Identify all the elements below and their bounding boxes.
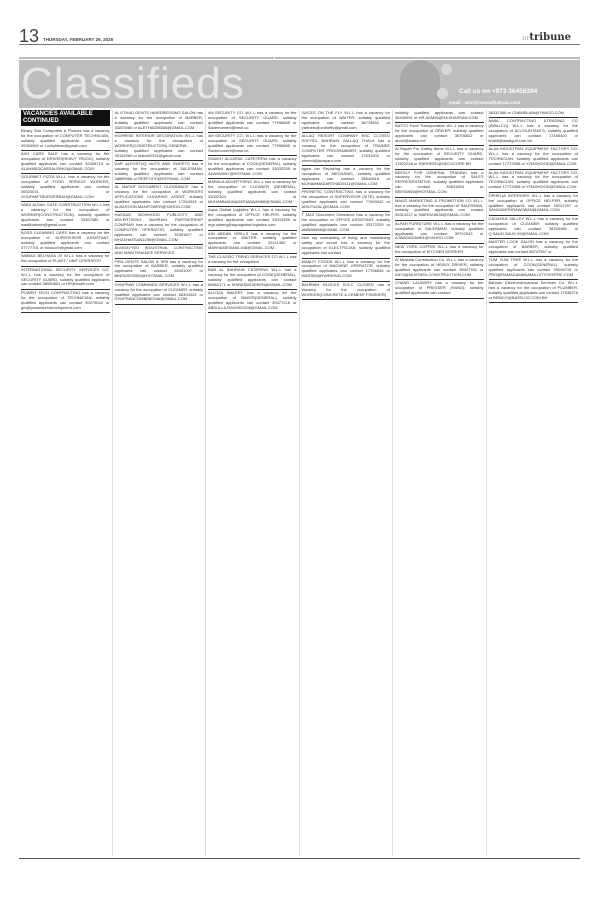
footer-rule xyxy=(19,858,580,859)
column-6: 36331366 or CHAMBLAIN@YAHOO.COM AWAL CON… xyxy=(487,110,581,856)
classified-ad: OPHELIA INTERIORS W.L.L has a vacancy fo… xyxy=(489,193,579,216)
classified-columns: VACANCIES AVAILABLE CONTINUED Binary Sta… xyxy=(19,110,580,856)
section-heading: VACANCIES AVAILABLE CONTINUED xyxy=(21,110,110,126)
classified-ad: ALAA INDUSTRIAL EQUIPMENT FACTORY CO. W.… xyxy=(489,170,579,193)
classified-ad: 4M SECURITY CO. W.L.L has a vacancy for … xyxy=(208,133,297,156)
column-3: 4M SECURITY CO. W.L.L has a vacancy for … xyxy=(206,110,300,856)
classified-ad: BOSS CLEANING CARS has a vacancy for the… xyxy=(21,230,110,253)
classified-ad: MAAZI MARKETING & PROMOTION CO W.L.L has… xyxy=(395,198,484,221)
classified-ad: YUM YUM TREE W.L.L has a vacancy for the… xyxy=(489,257,579,280)
classified-ad: DAR ALFOSTUQ NUTS AND SWEETS has a vacan… xyxy=(115,161,204,184)
classified-ad: BAB AL BAHRAIN CATERING W.L.L has a vaca… xyxy=(208,267,297,290)
issue-date: THURSDAY, FEBRUARY 26, 2026 xyxy=(43,37,113,42)
column-1: VACANCIES AVAILABLE CONTINUED Binary Sta… xyxy=(19,110,113,856)
classified-ad: AIN ABDAN GRILLS has a vacancy for the o… xyxy=(208,231,297,254)
classified-ad: WABAG BELHASA JV W.L.L has a vacancy for… xyxy=(21,253,110,266)
classified-ad: blue ray contracting of fixing and maint… xyxy=(302,235,391,258)
classified-ad: AWAL CONTRACTING &TRADING CO (AWALCO) W.… xyxy=(489,118,579,146)
banner-email: email : advt@newsofbahrain.com xyxy=(449,100,520,105)
classified-ad: Binary Star Computers & Phones has a vac… xyxy=(21,128,110,151)
classified-ad: BEESLY FOR GENERAL TRADING has a vacancy… xyxy=(395,170,484,198)
phone-icon xyxy=(441,64,452,75)
classified-ad: Bahrain Electromechanical Services Co. W… xyxy=(489,280,579,303)
classified-ad: BATCO Food Transportation W.L.L has a va… xyxy=(395,123,484,146)
classified-ad: HASSAN MOHMOOD PUBLICITY AND ADVERTISING… xyxy=(115,212,204,245)
classified-ad: CAGAYAN VALLEY W.L.L has a vacancy for t… xyxy=(489,216,579,239)
classified-ad: Al Mustafa Construction Co. W.L.L has a … xyxy=(395,257,484,280)
classified-ad: PRONETIC CONTRACTING has a vacancy for t… xyxy=(302,189,391,212)
classified-ad: CHAND LAUNDRY has a vacancy for the occu… xyxy=(395,280,484,298)
classified-ad: Aqua Global Logistics W.L.L has a vacanc… xyxy=(208,207,297,230)
page-header: 13 THURSDAY, FEBRUARY 26, 2026 xyxy=(19,28,273,44)
classified-ad: HIGHRISE INTERIOR DECORATION W.L.L has a… xyxy=(115,133,204,161)
classified-ad: MASTER LOOK SALON has a vacancy for the … xyxy=(489,239,579,257)
classified-ad: THE CLASSIC TREND SERVICES CO W.L.L has … xyxy=(208,254,297,267)
header-rule xyxy=(19,44,580,45)
classified-ad: MARALA ADVERTISING W.L.L has a vacancy f… xyxy=(208,179,297,207)
classified-ad: AL ETHAD GENTS HAIRDRESSING SALON has a … xyxy=(115,110,204,133)
classified-ad: BAHRAIN BLOCKS B.S.C CLOSED has a vacanc… xyxy=(302,282,391,300)
divider xyxy=(275,57,580,59)
classified-ad: FIRA GENTS SALON & SPA has a vacancy for… xyxy=(115,259,204,282)
classified-ad: Al Rayah For Safety Items W.L.L has a va… xyxy=(395,146,484,169)
classified-ad: agwa car Repairing has a vacancy for the… xyxy=(302,166,391,189)
classified-ad: ALAA INDUSTRIAL EQUIPMENT FACTORY CO. W.… xyxy=(489,146,579,169)
classified-ad: ALLAQ RESORT COMPANY BSC CLOSED SOFITEL … xyxy=(302,133,391,166)
banner-phone: Call us on +973 36458394 xyxy=(459,88,537,95)
classified-ad: T MAX Document Clearance has a vacancy f… xyxy=(302,212,391,235)
classified-ad: JUICES ON THE FLY W.L.L has a vacancy fo… xyxy=(302,110,391,133)
classified-ad: ALFAH FURNITURE W.L.L has a vacancy for … xyxy=(395,221,484,244)
classified-ad: AXH CARS SALE has a vacancy for the occu… xyxy=(21,151,110,174)
classified-ad: WADI ALSAIL GATE CONSTRUCTION W.L.L has … xyxy=(21,202,110,230)
page-number: 13 xyxy=(19,28,39,44)
classified-ad: 4M SECURITY CO. W.L.L has a vacancy for … xyxy=(208,110,297,133)
classifieds-banner: Classifieds Call us on +973 36458394 ema… xyxy=(19,60,580,108)
divider xyxy=(19,57,274,59)
classified-ad: GOURMET PIZZA W.L.L has a vacancy for th… xyxy=(21,174,110,202)
logo-text: tribune xyxy=(529,32,571,43)
column-2: AL ETHAD GENTS HAIRDRESSING SALON has a … xyxy=(113,110,207,856)
classified-ad: ALMOAYYED INDUSTRIAL CONTRACTING AND MAI… xyxy=(115,245,204,258)
classified-ad: POWER TECH CONTRACTING has a vacancy for… xyxy=(21,290,110,313)
column-5: suitably qualified applicants can contac… xyxy=(393,110,487,856)
globe-icon xyxy=(437,88,448,99)
classified-ad: GHUFRAN COMBINED SERVICES W.L.L has a va… xyxy=(115,282,204,305)
publication-logo: DTtribune xyxy=(522,32,571,43)
classified-ad: AL MATAR DOCUMENT CLEARANCE has a vacanc… xyxy=(115,184,204,212)
banner-title: Classifieds xyxy=(21,60,245,108)
classified-ad: suitably qualified applicants can contac… xyxy=(395,110,484,123)
mascot-illustration xyxy=(400,60,440,108)
classified-ad: ALLOZA BAKERY has a vacancy for the occu… xyxy=(208,290,297,313)
classified-ad: SHAIKH ALKARAK CAFETERIA has a vacancy f… xyxy=(208,156,297,179)
classified-ad: AMALFI FOODS W.L.L has a vacancy for the… xyxy=(302,259,391,282)
classified-ad: INTERNATIONAL SECURITY SERVICES CO. W.L.… xyxy=(21,267,110,290)
classified-ad: 36331366 or CHAMBLAIN@YAHOO.COM xyxy=(489,110,579,118)
column-4: JUICES ON THE FLY W.L.L has a vacancy fo… xyxy=(300,110,394,856)
classified-ad: NEW YORK COFFEE W.L.L has a vacancy for … xyxy=(395,244,484,257)
